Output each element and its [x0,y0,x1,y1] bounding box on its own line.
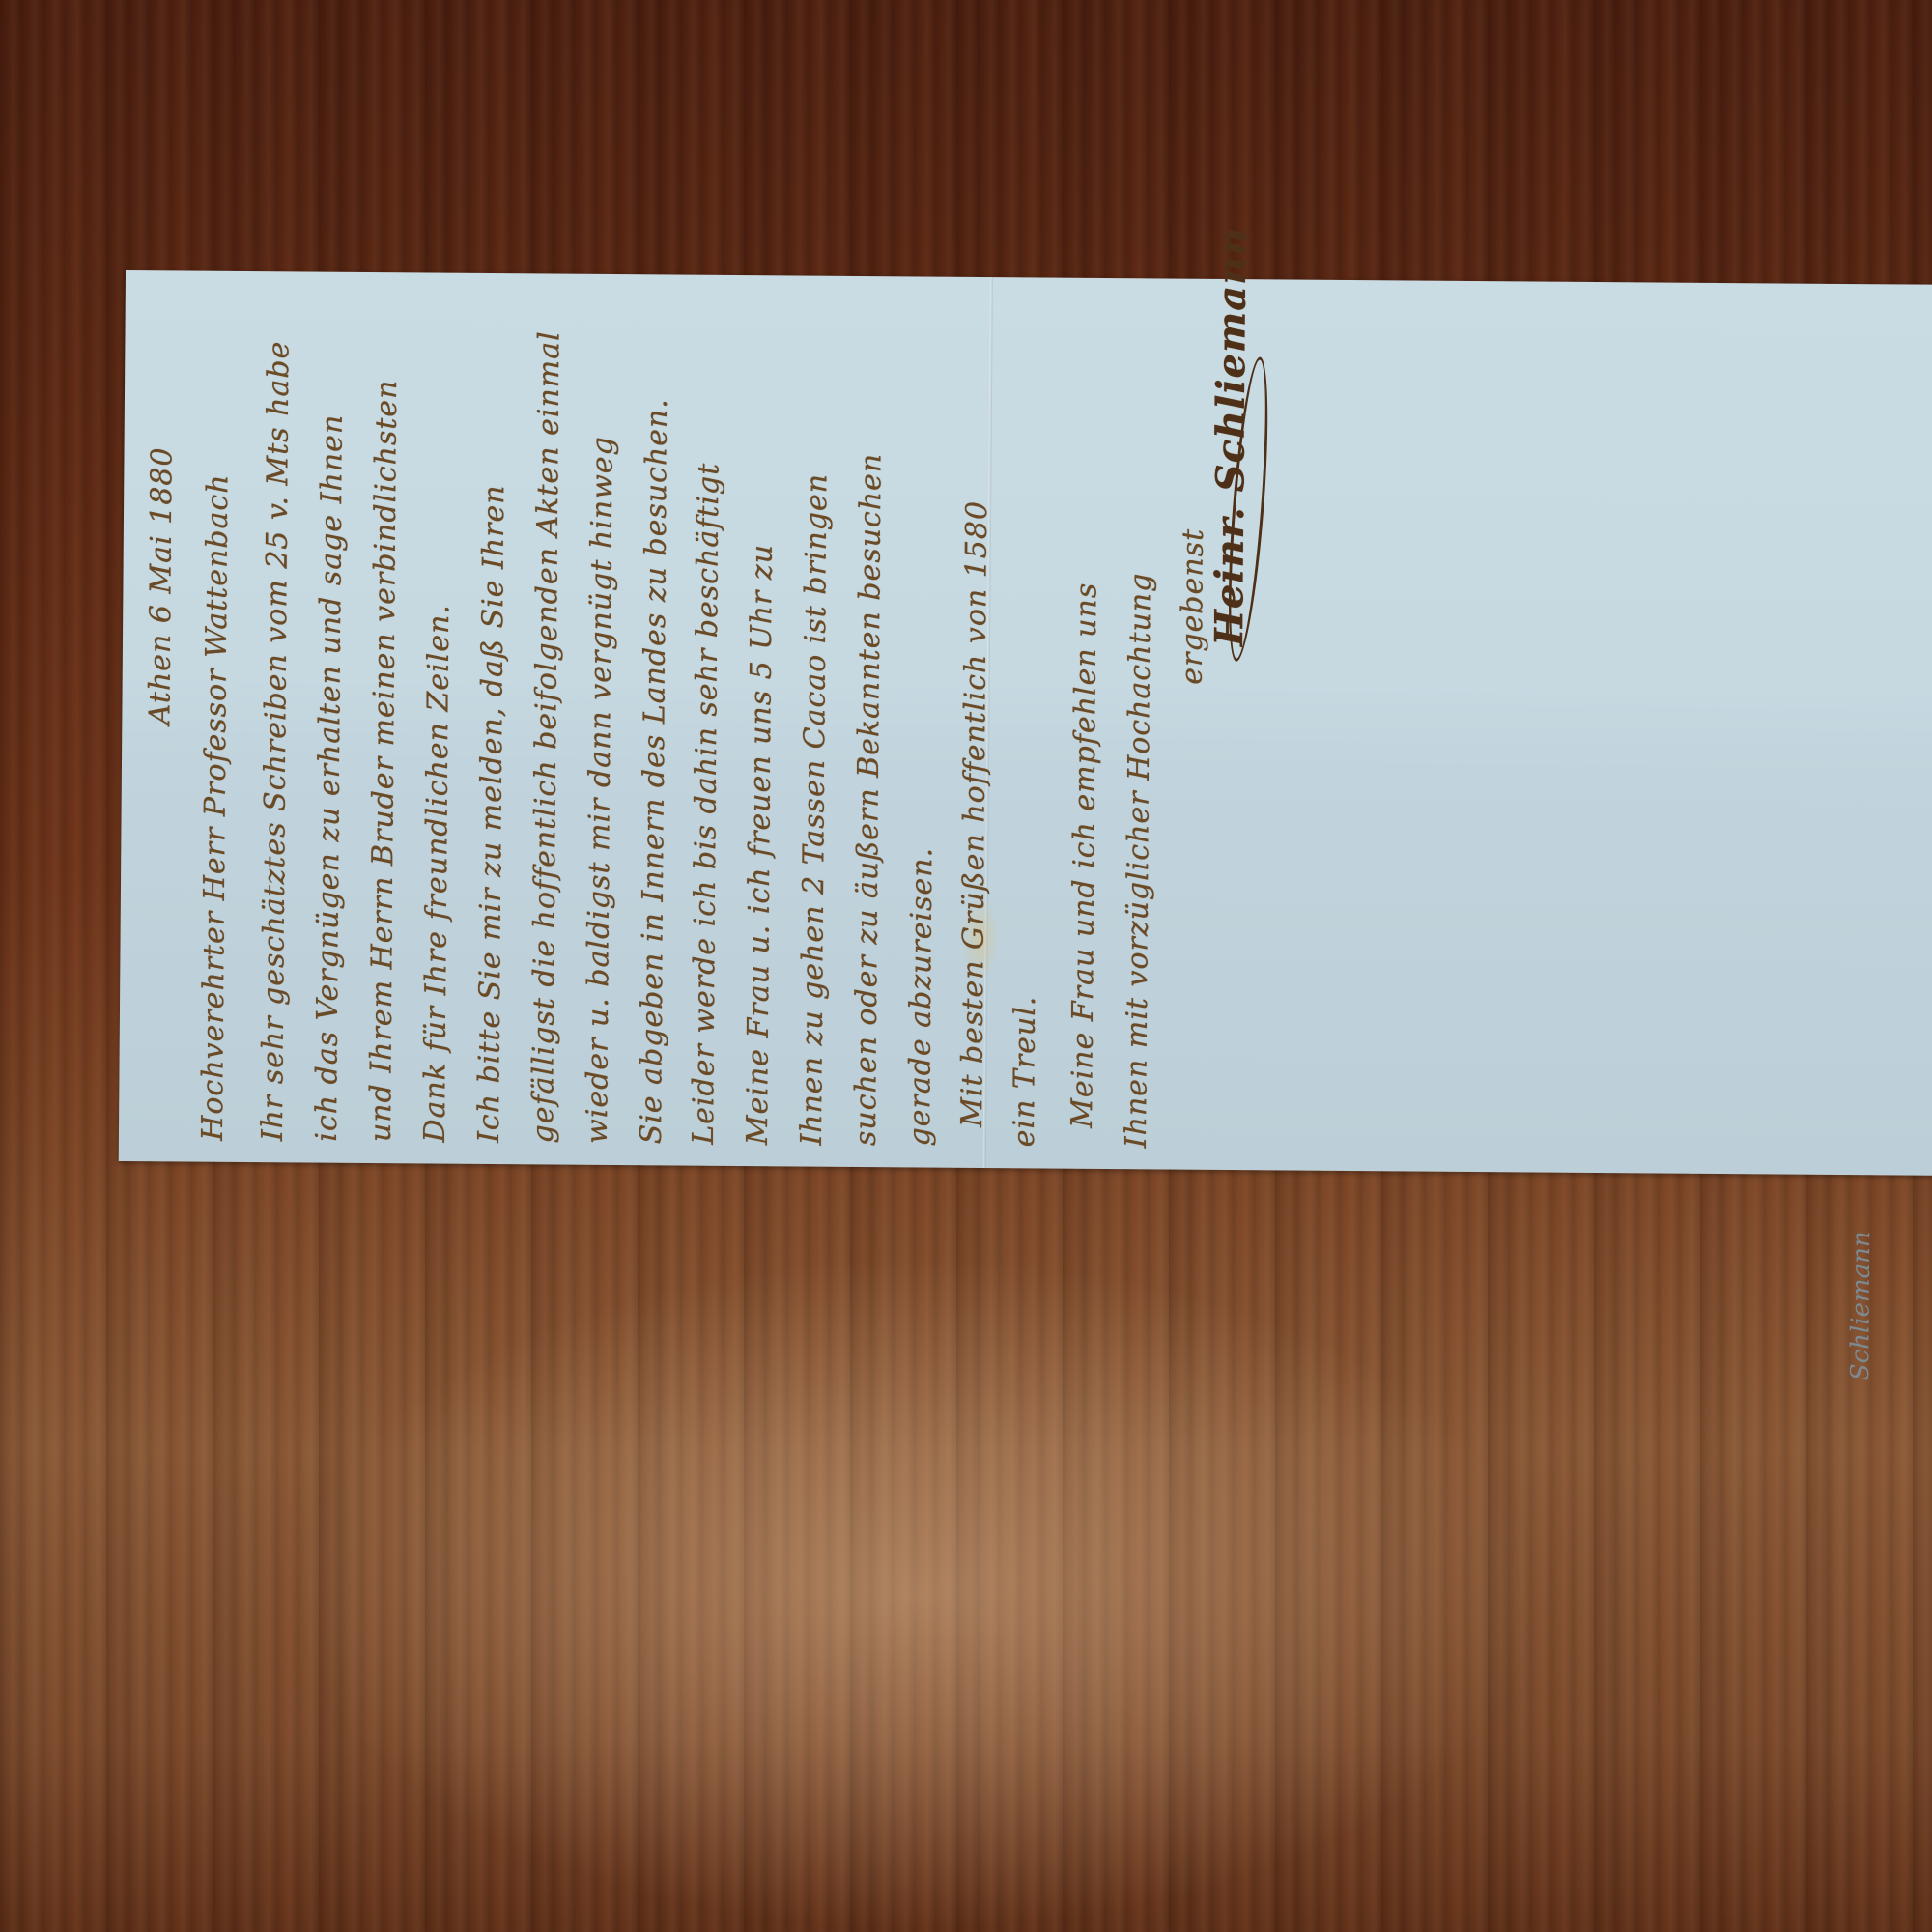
salutation: Hochverehrter Herr Professor Wattenbach [196,473,235,1141]
body-line: suchen oder zu äußern Bekannten besuchen [849,453,889,1147]
body-line: Sie abgeben in Innern des Landes zu besu… [635,398,674,1144]
body-line: ich das Vergnügen zu erhalten und sage I… [310,414,350,1142]
body-line: Ihr sehr geschätztes Schreiben vom 25 v.… [256,341,297,1142]
body-line: Leider werde ich bis dahin sehr beschäft… [687,463,726,1145]
body-line: gerade abzureisen. [903,847,939,1147]
body-line: Mit besten Grüßen hoffentlich von 1580 [955,500,994,1127]
body-line: Meine Frau u. ich freuen uns 5 Uhr zu [741,544,780,1145]
body-line: Ich bitte Sie mir zu melden, daß Sie Ihr… [472,484,511,1143]
table-light-glare [290,1256,1546,1932]
body-line: wieder u. baldigst mir dann vergnügt hin… [581,436,620,1144]
body-line: gefälligst die hoffentlich beifolgenden … [526,330,567,1143]
closing: ergebenst [1176,528,1210,685]
body-line: Ihnen zu gehen 2 Tassen Cacao ist bringe… [795,473,834,1146]
body-line: ein Treul. [1008,995,1042,1147]
body-line: und Ihrem Herrn Bruder meinen verbindlic… [364,379,404,1142]
body-line: Meine Frau und ich empfehlen uns [1065,582,1103,1128]
letter-sheet: Athen 6 Mai 1880 Hochverehrter Herr Prof… [119,270,1932,1176]
pencil-note: Schliemann [1846,1231,1876,1380]
date-line: Athen 6 Mai 1880 [143,446,179,724]
body-line: Ihnen mit vorzüglicher Hochachtung [1120,573,1158,1149]
body-line: Dank für Ihre freundlichen Zeilen. [418,604,456,1143]
